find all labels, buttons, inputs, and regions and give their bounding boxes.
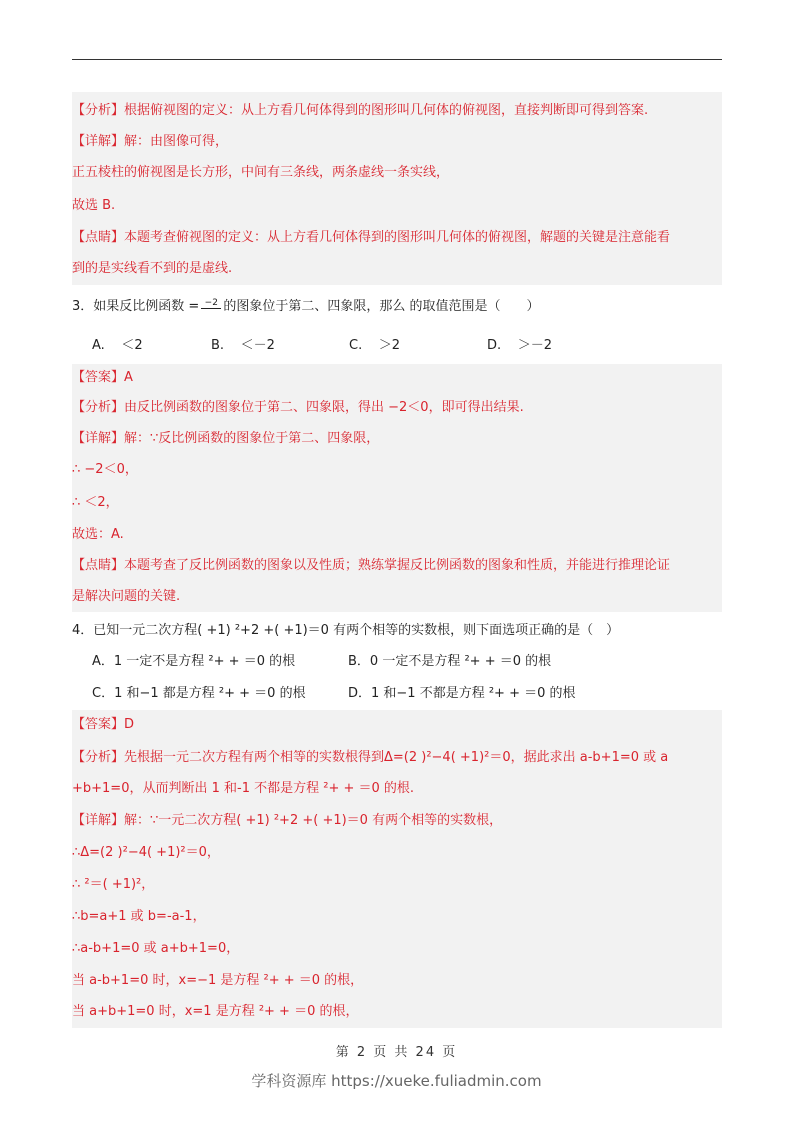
detail-line: ∴ ²＝( +1)²，	[72, 876, 154, 894]
analysis-line: +b+1=0，从而判断出 1 和-1 不都是方程 ²+ + ＝0 的根.	[72, 780, 414, 798]
choice-line: 故选 B.	[72, 197, 115, 215]
detail-line: ∴ −2＜0，	[72, 461, 138, 479]
detail-line: ∴ ＜2，	[72, 494, 119, 512]
comment-line: 是解决问题的关键.	[72, 588, 180, 606]
solution-box-q4: 【答案】D 【分析】先根据一元二次方程有两个相等的实数根得到Δ=(2 )²−4(…	[72, 710, 722, 1028]
q4-option-d: D．1 和−1 不都是方程 ²+ + ＝0 的根	[348, 685, 576, 703]
analysis-line: 【分析】先根据一元二次方程有两个相等的实数根得到Δ=(2 )²−4( +1)²＝…	[72, 749, 668, 767]
detail-line: ∴a-b+1=0 或 a+b+1=0，	[72, 940, 239, 958]
detail-line: 当 a+b+1=0 时，x=1 是方程 ²+ + ＝0 的根，	[72, 1003, 359, 1021]
q3-option-b: B. ＜－2	[211, 337, 275, 355]
analysis-line: 【分析】根据俯视图的定义：从上方看几何体得到的图形叫几何体的俯视图，直接判断即可…	[72, 102, 648, 120]
detail-line: 【详解】解：∵反比例函数的图象位于第二、四象限，	[72, 430, 379, 448]
detail-line: ∴Δ=(2 )²−4( +1)²＝0，	[72, 844, 220, 862]
header-rule	[72, 59, 722, 60]
q4-option-c: C．1 和−1 都是方程 ²+ + ＝0 的根	[92, 685, 306, 703]
site-watermark: 学科资源库 https://xueke.fuliadmin.com	[0, 1070, 793, 1091]
page-number: 第 2 页 共 24 页	[0, 1041, 793, 1060]
q3-option-c: C. ＞2	[349, 337, 400, 355]
question-3-stem: 3．如果反比例函数 =−2的图象位于第二、四象限，那么 的取值范围是（ ）	[72, 298, 539, 316]
q4-option-a: A．1 一定不是方程 ²+ + ＝0 的根	[92, 653, 295, 671]
solution-box-q3: 【答案】A 【分析】由反比例函数的图象位于第二、四象限，得出 −2＜0，即可得出…	[72, 364, 722, 612]
detail-line: 【详解】解：由图像可得，	[72, 133, 228, 151]
detail-line: 当 a-b+1=0 时，x=−1 是方程 ²+ + ＝0 的根，	[72, 972, 363, 990]
fraction: −2	[201, 299, 221, 309]
answer-line: 【答案】A	[72, 369, 133, 387]
comment-line: 到的是实线看不到的是虚线.	[72, 260, 232, 278]
q3-option-d: D. ＞－2	[487, 337, 552, 355]
detail-line: 【详解】解：∵一元二次方程( +1) ²+2 +( +1)＝0 有两个相等的实数…	[72, 812, 502, 830]
answer-line: 【答案】D	[72, 716, 134, 734]
analysis-line: 【分析】由反比例函数的图象位于第二、四象限，得出 −2＜0，即可得出结果.	[72, 399, 524, 417]
q4-option-b: B．0 一定不是方程 ²+ + ＝0 的根	[348, 653, 551, 671]
question-4-stem: 4．已知一元二次方程( +1) ²+2 +( +1)＝0 有两个相等的实数根，则…	[72, 622, 619, 640]
detail-line: ∴b=a+1 或 b=-a-1，	[72, 908, 206, 926]
solution-box-q2: 【分析】根据俯视图的定义：从上方看几何体得到的图形叫几何体的俯视图，直接判断即可…	[72, 92, 722, 285]
detail-line: 正五棱柱的俯视图是长方形，中间有三条线，两条虚线一条实线，	[72, 164, 449, 182]
q3-option-a: A. ＜2	[92, 337, 143, 355]
comment-line: 【点睛】本题考查了反比例函数的图象以及性质；熟练掌握反比例函数的图象和性质，并能…	[72, 557, 670, 575]
comment-line: 【点睛】本题考查俯视图的定义：从上方看几何体得到的图形叫几何体的俯视图，解题的关…	[72, 229, 670, 247]
choice-line: 故选：A.	[72, 526, 124, 544]
